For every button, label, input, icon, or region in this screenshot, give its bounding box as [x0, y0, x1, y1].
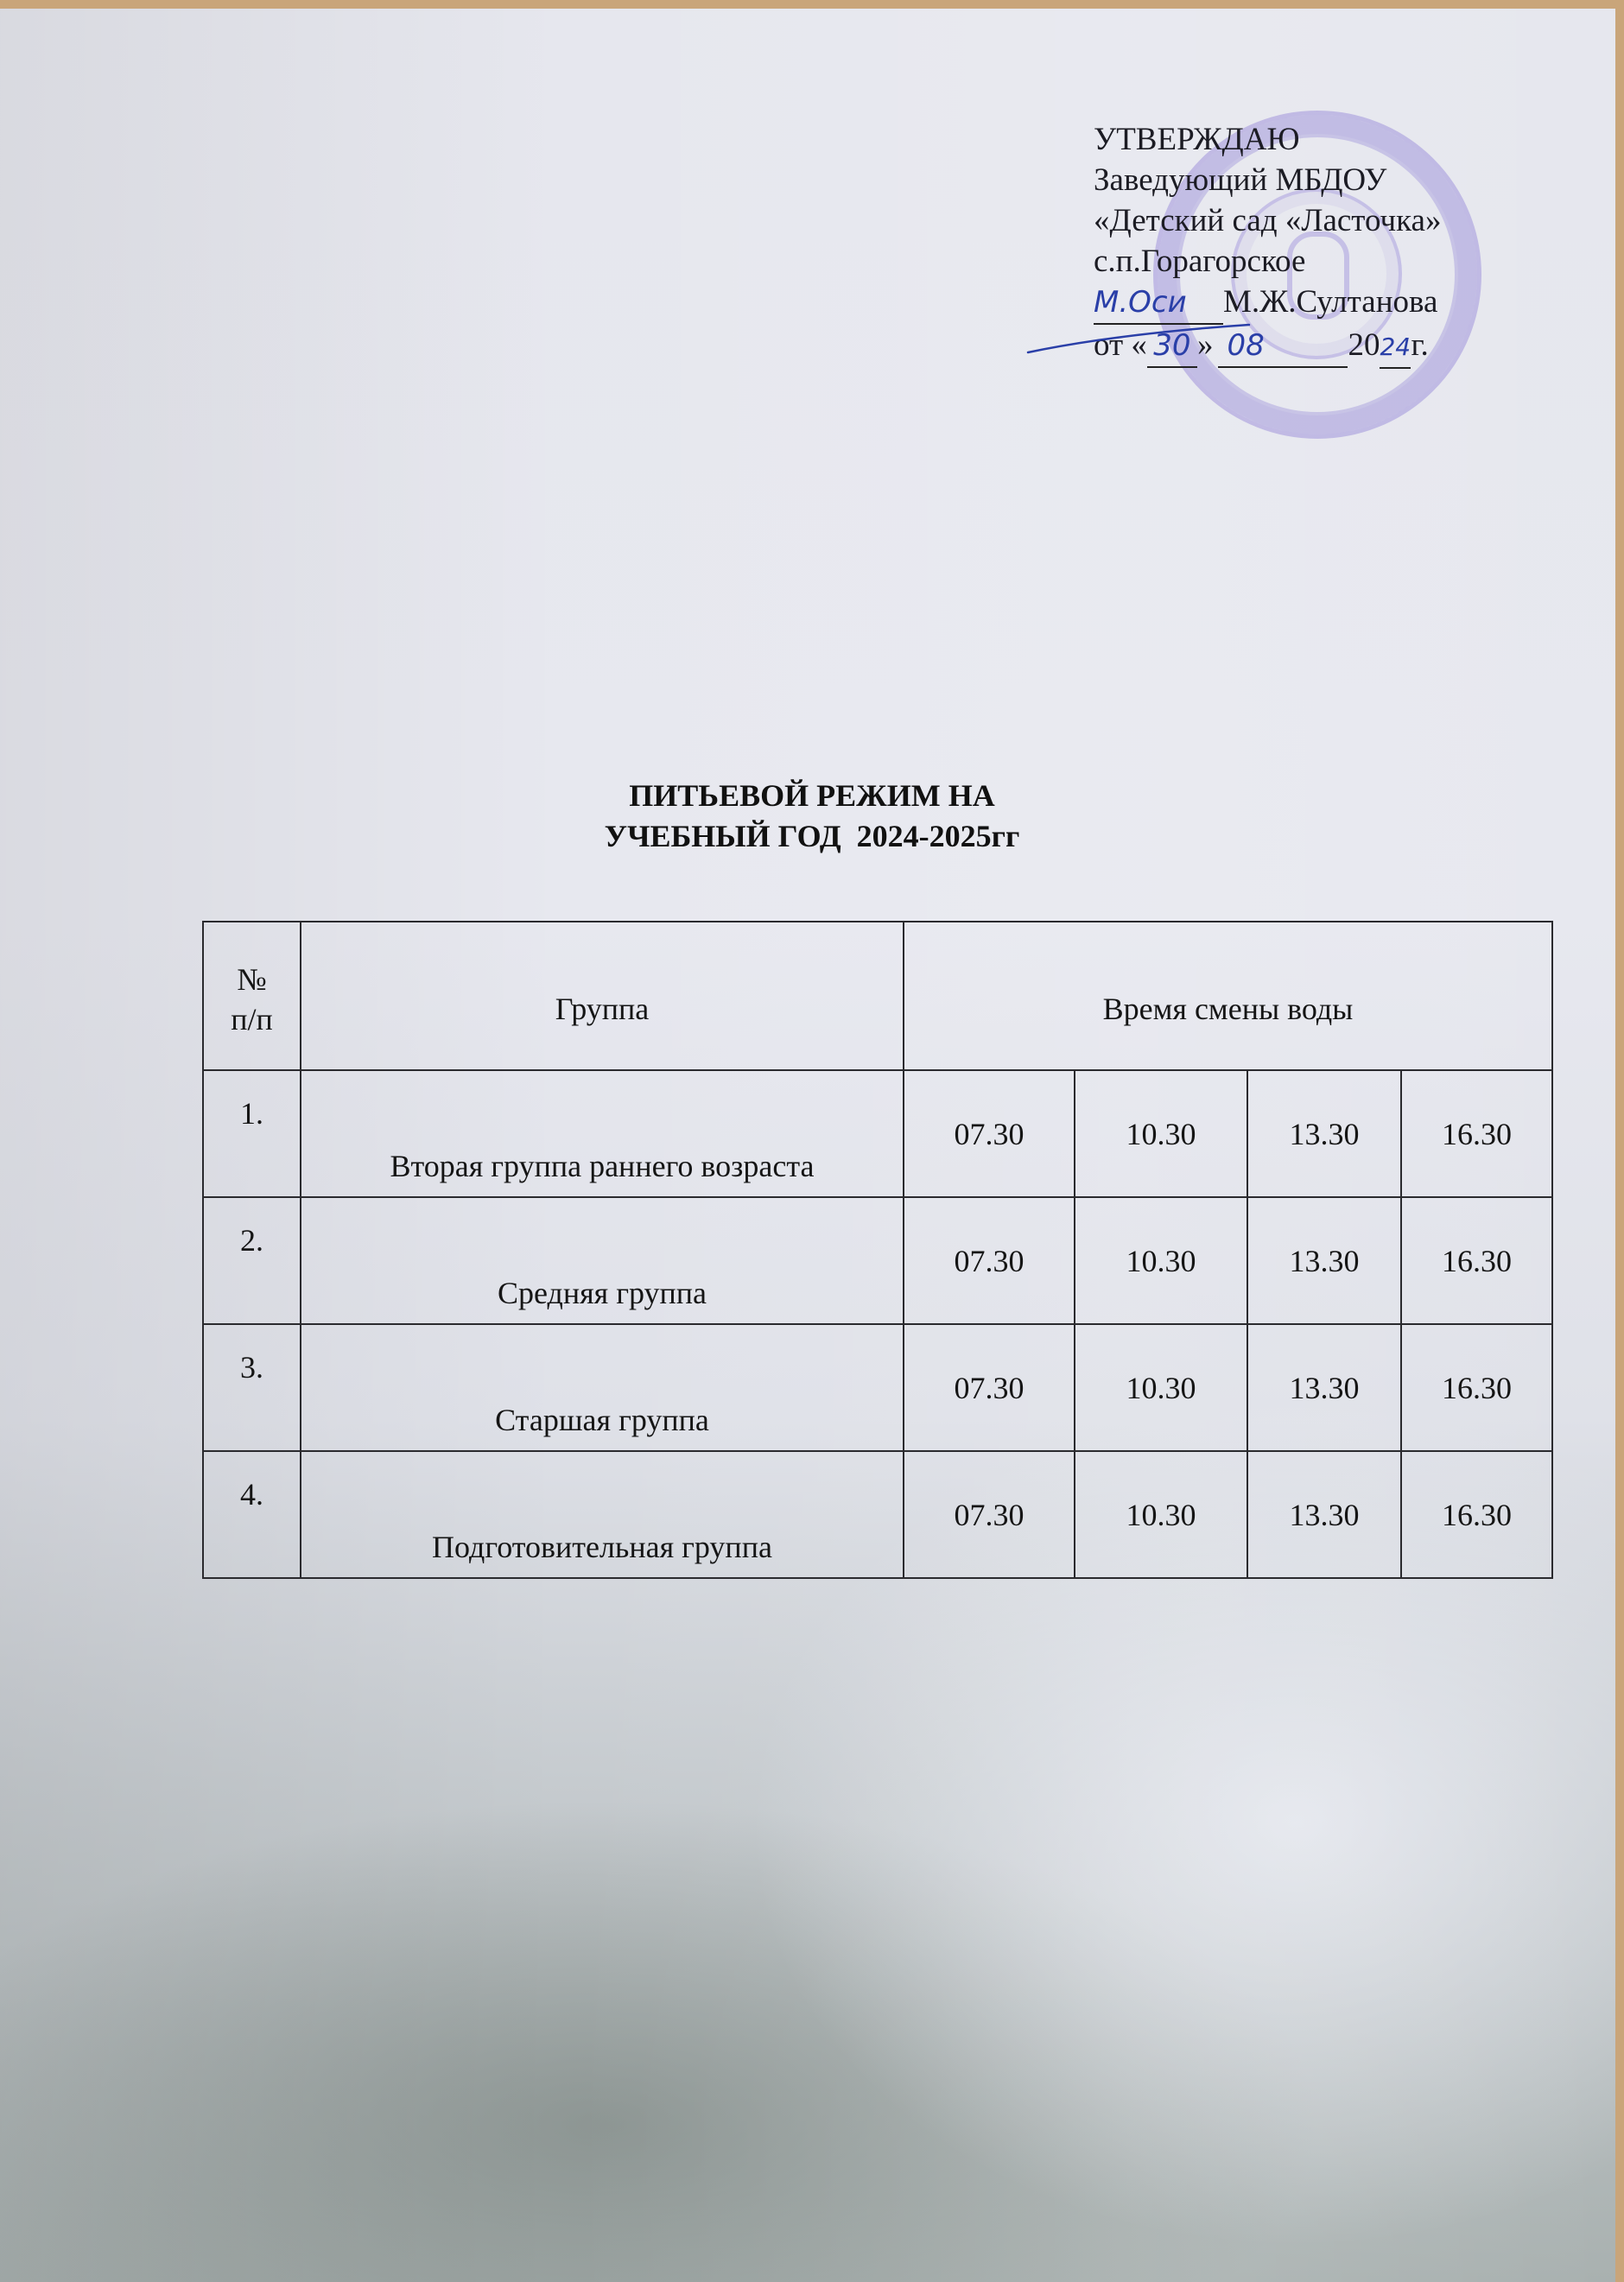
- row-group-name: Средняя группа: [301, 1197, 904, 1324]
- approval-date: от «30»082024г.: [1094, 325, 1577, 369]
- handwritten-signature: М.Оси: [1094, 285, 1187, 320]
- date-month: 08: [1218, 328, 1264, 363]
- row-time-cell: 07.30: [904, 1324, 1075, 1451]
- table-row: 2.Средняя группа07.3010.3013.3016.30: [203, 1197, 1552, 1324]
- signature-field: М.Оси: [1094, 282, 1223, 325]
- approval-settlement: с.п.Горагорское: [1094, 241, 1577, 282]
- table-row: 4.Подготовительная группа07.3010.3013.30…: [203, 1451, 1552, 1578]
- row-time-cell: 16.30: [1401, 1451, 1552, 1578]
- row-time-cell: 10.30: [1075, 1324, 1247, 1451]
- date-year-suffix: 24: [1380, 333, 1411, 361]
- date-end: г.: [1411, 327, 1428, 363]
- row-number: 3.: [203, 1324, 301, 1451]
- row-time-cell: 16.30: [1401, 1197, 1552, 1324]
- approval-heading: УТВЕРЖДАЮ: [1094, 119, 1577, 160]
- row-time-cell: 10.30: [1075, 1451, 1247, 1578]
- date-day-field: 30: [1147, 325, 1197, 368]
- approval-position: Заведующий МБДОУ: [1094, 160, 1577, 200]
- row-group-name: Подготовительная группа: [301, 1451, 904, 1578]
- row-time-cell: 13.30: [1247, 1070, 1401, 1197]
- row-time-cell: 16.30: [1401, 1070, 1552, 1197]
- row-number: 2.: [203, 1197, 301, 1324]
- row-group-name: Старшая группа: [301, 1324, 904, 1451]
- header-number-abbr: п/п: [204, 999, 300, 1039]
- date-year-prefix: 20: [1348, 327, 1380, 363]
- table-row: 3.Старшая группа07.3010.3013.3016.30: [203, 1324, 1552, 1451]
- row-time-cell: 07.30: [904, 1070, 1075, 1197]
- row-time-cell: 10.30: [1075, 1070, 1247, 1197]
- header-group: Группа: [301, 922, 904, 1070]
- row-group-name: Вторая группа раннего возраста: [301, 1070, 904, 1197]
- row-number: 4.: [203, 1451, 301, 1578]
- date-mid: »: [1197, 327, 1214, 363]
- date-day: 30: [1153, 328, 1190, 363]
- table-row: 1.Вторая группа раннего возраста07.3010.…: [203, 1070, 1552, 1197]
- table-header-row: № п/п Группа Время смены воды: [203, 922, 1552, 1070]
- row-time-cell: 07.30: [904, 1197, 1075, 1324]
- title-line-1: ПИТЬЕВОЙ РЕЖИМ НА: [0, 776, 1624, 816]
- approval-organization: «Детский сад «Ласточка»: [1094, 200, 1577, 241]
- document-title: ПИТЬЕВОЙ РЕЖИМ НА УЧЕБНЫЙ ГОД 2024-2025г…: [0, 776, 1624, 857]
- header-water-change-time: Время смены воды: [904, 922, 1552, 1070]
- row-time-cell: 13.30: [1247, 1451, 1401, 1578]
- row-time-cell: 10.30: [1075, 1197, 1247, 1324]
- approval-block: УТВЕРЖДАЮ Заведующий МБДОУ «Детский сад …: [1094, 119, 1577, 369]
- header-number: № п/п: [203, 922, 301, 1070]
- header-number-symbol: №: [204, 960, 300, 999]
- row-number: 1.: [203, 1070, 301, 1197]
- date-month-field: 08: [1218, 325, 1348, 368]
- date-year-field: 24: [1380, 325, 1411, 369]
- row-time-cell: 07.30: [904, 1451, 1075, 1578]
- title-line-2: УЧЕБНЫЙ ГОД 2024-2025гг: [0, 816, 1624, 857]
- row-time-cell: 13.30: [1247, 1324, 1401, 1451]
- date-prefix: от «: [1094, 327, 1147, 363]
- signer-name: М.Ж.Султанова: [1223, 284, 1437, 320]
- row-time-cell: 16.30: [1401, 1324, 1552, 1451]
- row-time-cell: 13.30: [1247, 1197, 1401, 1324]
- approval-signature-line: М.ОсиМ.Ж.Султанова: [1094, 282, 1577, 325]
- drinking-schedule-table: № п/п Группа Время смены воды 1.Вторая г…: [202, 921, 1553, 1579]
